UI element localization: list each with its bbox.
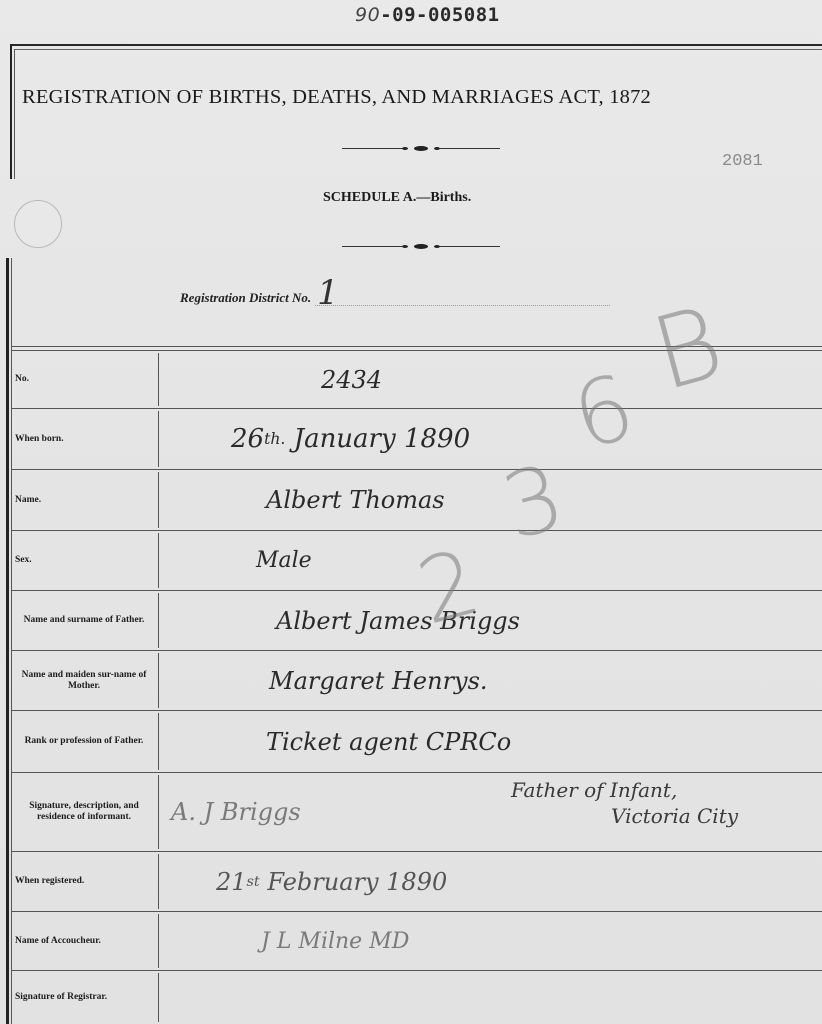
birth-date-value: 26th. January 1890 [231, 409, 470, 469]
registration-day: 21 [216, 868, 247, 896]
column-divider [158, 411, 159, 467]
ornament-rule-bottom [342, 244, 500, 250]
stamp-printed-number: -09-005081 [380, 4, 499, 26]
father-profession-value: Ticket agent CPRCo [266, 711, 511, 772]
column-divider [158, 854, 159, 909]
row-sex: Sex. Male [11, 531, 822, 591]
row-number: No. 2434 [11, 351, 822, 409]
row-label: When born. [15, 409, 155, 469]
row-when-registered: When registered. 21st February 1890 [11, 852, 822, 912]
schedule-heading: SCHEDULE A.—Births. [323, 190, 471, 206]
left-border-upper-inner [14, 49, 15, 179]
father-name-value: Albert James Briggs [276, 591, 520, 650]
row-when-born: When born. 26th. January 1890 [11, 409, 822, 470]
column-divider [158, 973, 159, 1022]
row-registrar-signature: Signature of Registrar. [11, 971, 822, 1024]
column-divider [158, 775, 159, 849]
row-label: When registered. [15, 852, 155, 911]
ornament-rule-top [342, 146, 500, 152]
row-name: Name. Albert Thomas [11, 470, 822, 531]
district-label: Registration District No. [180, 290, 311, 306]
registration-day-suffix: st [247, 874, 260, 890]
registration-month-year: February 1890 [267, 868, 447, 896]
row-label: Name and surname of Father. [13, 591, 155, 650]
left-border-lower [6, 258, 9, 1024]
left-border-upper [10, 44, 12, 179]
column-divider [158, 533, 159, 588]
row-label: Name and maiden sur-name of Mother. [13, 651, 155, 710]
row-father-name: Name and surname of Father. Albert James… [11, 591, 822, 651]
district-value: 1 [317, 273, 339, 313]
registration-date-value: 21st February 1890 [216, 852, 447, 911]
row-label: Signature of Registrar. [15, 971, 155, 1024]
act-title: REGISTRATION OF BIRTHS, DEATHS, AND MARR… [22, 86, 651, 109]
row-label: Signature, description, and residence of… [13, 773, 155, 851]
sex-value: Male [256, 531, 312, 590]
row-accoucheur: Name of Accoucheur. J L Milne MD [11, 912, 822, 971]
document-stamp-number: 90-09-005081 [355, 4, 500, 26]
row-father-profession: Rank or profession of Father. Ticket age… [11, 711, 822, 773]
row-label: Name. [15, 470, 155, 530]
informant-relation: Father of Infant, [511, 777, 738, 803]
child-name-value: Albert Thomas [266, 470, 445, 530]
birth-day: 26 [231, 424, 264, 454]
column-divider [158, 593, 159, 648]
birth-registration-page: 90-09-005081 REGISTRATION OF BIRTHS, DEA… [0, 0, 822, 1024]
stamp-handwritten-prefix: 90 [355, 4, 380, 26]
row-label: Name of Accoucheur. [15, 912, 155, 970]
column-divider [158, 914, 159, 968]
table-top-rule [11, 346, 822, 347]
informant-description: Father of Infant, Victoria City [511, 777, 738, 829]
accoucheur-value: J L Milne MD [261, 912, 409, 970]
informant-signature-value: A. J Briggs [171, 773, 301, 851]
row-mother-name: Name and maiden sur-name of Mother. Marg… [11, 651, 822, 711]
file-number: 2081 [722, 152, 763, 171]
column-divider [158, 713, 159, 770]
top-border-rule [10, 44, 822, 46]
entry-number-value: 2434 [321, 351, 382, 408]
row-label: Sex. [15, 531, 155, 590]
district-dotted-line: 1 [315, 295, 610, 306]
birth-day-suffix: th. [264, 430, 285, 448]
birth-month-year: January 1890 [294, 424, 470, 454]
row-label: Rank or profession of Father. [13, 711, 155, 772]
registration-district: Registration District No. 1 [180, 290, 610, 306]
top-border-rule-inner [14, 49, 822, 50]
row-informant: Signature, description, and residence of… [11, 773, 822, 852]
column-divider [158, 472, 159, 528]
informant-residence: Victoria City [511, 803, 738, 829]
row-label: No. [15, 351, 155, 408]
punch-hole [14, 200, 62, 248]
column-divider [158, 653, 159, 708]
mother-name-value: Margaret Henrys. [269, 651, 488, 710]
column-divider [158, 353, 159, 406]
